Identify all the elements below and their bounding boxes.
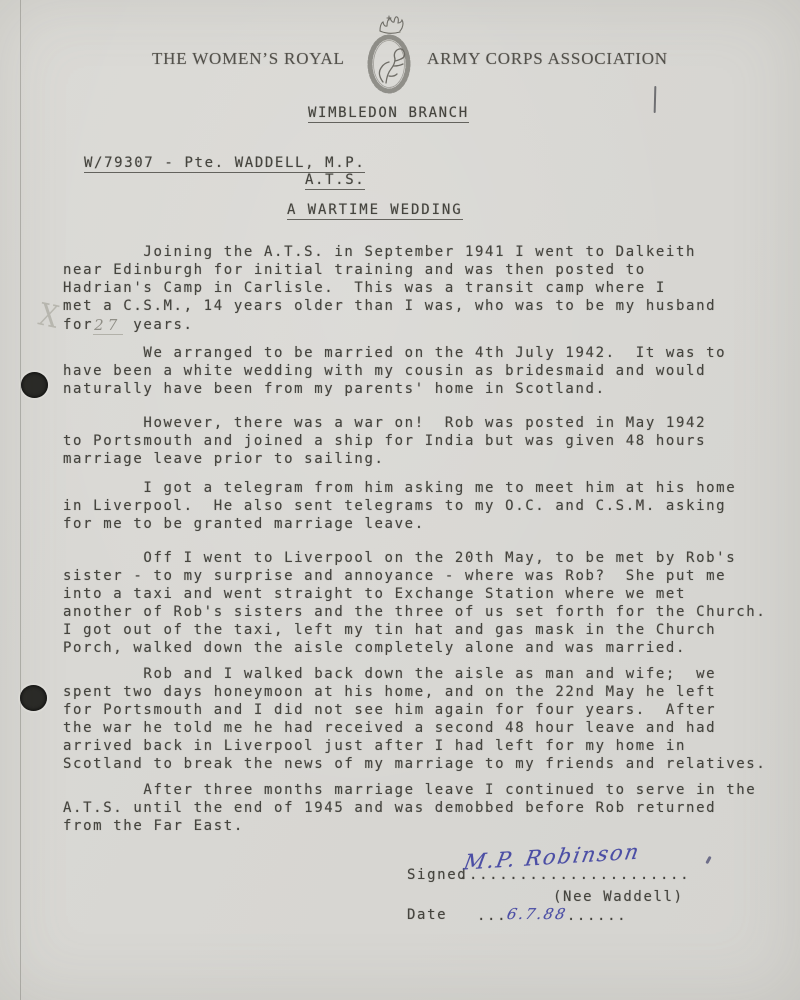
paragraph-7: After three months marriage leave I cont… <box>63 781 756 835</box>
service-number-line: W/79307 - Pte. WADDELL, M.P. <box>84 154 365 172</box>
paragraph-1-text-after: years. <box>123 317 193 333</box>
branch-title-text: WIMBLEDON BRANCH <box>308 105 469 123</box>
nee-line: (Nee Waddell) <box>553 888 684 906</box>
ink-speck <box>705 856 711 864</box>
date-dots-after: ...... <box>567 908 627 924</box>
date-dots-before: ... <box>477 908 507 924</box>
document-title: A WARTIME WEDDING <box>287 201 463 219</box>
document-page: X THE WOMEN’S ROYAL ARMY CORPS ASSOCIATI… <box>0 0 800 1000</box>
letterhead-left-text: THE WOMEN’S ROYAL <box>152 49 345 69</box>
date-handwriting: 6.7.88 <box>505 905 569 923</box>
hole-punch-top <box>21 372 48 398</box>
wrac-crest-icon <box>352 13 426 98</box>
pencil-margin-x: X <box>36 297 62 336</box>
date-dotted-line: ...6.7.88...... <box>477 906 627 925</box>
branch-title: WIMBLEDON BRANCH <box>308 104 469 122</box>
hole-punch-bottom <box>20 685 47 711</box>
letterhead-right-text: ARMY CORPS ASSOCIATION <box>427 49 668 69</box>
pen-tick-mark <box>654 86 657 113</box>
unit-line: A.T.S. <box>305 171 365 189</box>
paragraph-6: Rob and I walked back down the aisle as … <box>63 665 766 773</box>
paragraph-5: Off I went to Liverpool on the 20th May,… <box>63 549 766 657</box>
paragraph-4: I got a telegram from him asking me to m… <box>63 479 736 533</box>
handwritten-years-pencil: 27 <box>93 316 123 335</box>
paragraph-3: However, there was a war on! Rob was pos… <box>63 414 706 468</box>
paper-edge-line <box>20 0 21 1000</box>
date-label: Date <box>407 906 447 924</box>
paragraph-2: We arranged to be married on the 4th Jul… <box>63 344 726 398</box>
paragraph-1: Joining the A.T.S. in September 1941 I w… <box>63 243 716 334</box>
